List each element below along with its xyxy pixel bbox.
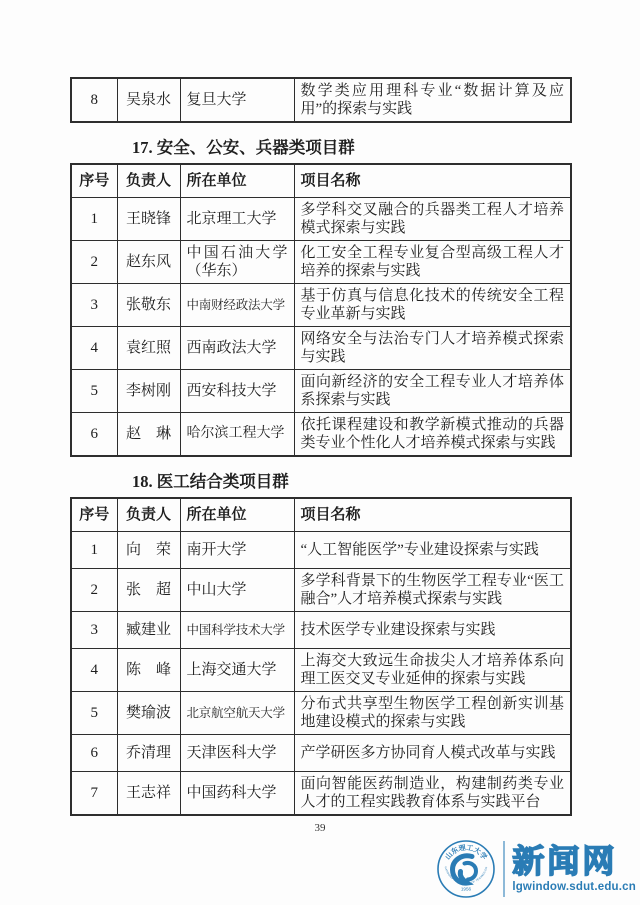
document-content: 8吴泉水复旦大学数学类应用理科专业“数据计算及应用”的探索与实践 17. 安全、… [70,77,570,816]
cell-project: 数学类应用理科专业“数据计算及应用”的探索与实践 [294,78,571,122]
cell-unit: 北京理工大学 [180,198,294,241]
cell-person: 赵 琳 [117,413,180,457]
cell-person: 陈 峰 [117,649,180,692]
page-number: 39 [0,822,640,834]
news-site-watermark: 山东理工大学 SHANDONG UNIVERSITY OF TECHNOLOGY… [436,839,636,899]
table-row: 1向 荣南开大学“人工智能医学”专业建设探索与实践 [71,532,571,569]
cell-project: “人工智能医学”专业建设探索与实践 [294,532,571,569]
cell-project: 化工安全工程专业复合型高级工程人才培养的探索与实践 [294,241,571,284]
cell-unit: 复旦大学 [180,78,294,122]
column-header-no: 序号 [71,164,117,198]
column-header-person: 负责人 [117,498,180,532]
cell-no: 8 [71,78,117,122]
watermark-divider [503,841,505,897]
cell-person: 吴泉水 [117,78,180,122]
cell-person: 臧建业 [117,612,180,649]
section-18-table: 序号负责人所在单位项目名称 1向 荣南开大学“人工智能医学”专业建设探索与实践2… [70,497,572,816]
table-row: 7王志祥中国药科大学面向智能医药制造业，构建制药类专业人才的工程实践教育体系与实… [71,772,571,816]
table-row: 1王晓锋北京理工大学多学科交叉融合的兵器类工程人才培养模式探索与实践 [71,198,571,241]
column-header-person: 负责人 [117,164,180,198]
cell-person: 袁红照 [117,327,180,370]
cell-unit: 中山大学 [180,569,294,612]
table-row: 8吴泉水复旦大学数学类应用理科专业“数据计算及应用”的探索与实践 [71,78,571,122]
news-site-name: 新闻网 [512,845,617,879]
table-row: 6乔清理天津医科大学产学研医多方协同育人模式改革与实践 [71,735,571,772]
watermark-text: 新闻网 lgwindow.sdut.edu.cn [512,845,636,893]
cell-no: 2 [71,241,117,284]
column-header-no: 序号 [71,498,117,532]
cell-no: 4 [71,327,117,370]
continued-table: 8吴泉水复旦大学数学类应用理科专业“数据计算及应用”的探索与实践 [70,77,572,123]
cell-unit: 哈尔滨工程大学 [180,413,294,457]
column-header-unit: 所在单位 [180,164,294,198]
cell-person: 乔清理 [117,735,180,772]
table-row: 5樊瑜波北京航空航天大学分布式共享型生物医学工程创新实训基地建设模式的探索与实践 [71,692,571,735]
document-page: 8吴泉水复旦大学数学类应用理科专业“数据计算及应用”的探索与实践 17. 安全、… [0,0,640,905]
cell-project: 网络安全与法治专门人才培养模式探索与实践 [294,327,571,370]
cell-unit: 中国石油大学（华东） [180,241,294,284]
university-seal-icon: 山东理工大学 SHANDONG UNIVERSITY OF TECHNOLOGY… [436,839,496,899]
table-row: 2赵东风中国石油大学（华东）化工安全工程专业复合型高级工程人才培养的探索与实践 [71,241,571,284]
cell-unit: 中国药科大学 [180,772,294,816]
table-header-row: 序号负责人所在单位项目名称 [71,498,571,532]
section-18-heading: 18. 医工结合类项目群 [132,468,570,492]
cell-person: 张 超 [117,569,180,612]
cell-unit: 天津医科大学 [180,735,294,772]
table-row: 4陈 峰上海交通大学上海交大致远生命拔尖人才培养体系向理工医交叉专业延伸的探索与… [71,649,571,692]
cell-project: 基于仿真与信息化技术的传统安全工程专业革新与实践 [294,284,571,327]
cell-no: 6 [71,735,117,772]
table-row: 4袁红照西南政法大学网络安全与法治专门人才培养模式探索与实践 [71,327,571,370]
cell-person: 赵东风 [117,241,180,284]
section-17-table: 序号负责人所在单位项目名称 1王晓锋北京理工大学多学科交叉融合的兵器类工程人才培… [70,163,572,457]
cell-no: 3 [71,284,117,327]
cell-unit: 上海交通大学 [180,649,294,692]
cell-unit: 中南财经政法大学 [180,284,294,327]
table-row: 5李树刚西安科技大学面向新经济的安全工程专业人才培养体系探索与实践 [71,370,571,413]
cell-person: 向 荣 [117,532,180,569]
cell-project: 技术医学专业建设探索与实践 [294,612,571,649]
cell-project: 面向智能医药制造业，构建制药类专业人才的工程实践教育体系与实践平台 [294,772,571,816]
cell-no: 7 [71,772,117,816]
cell-unit: 西安科技大学 [180,370,294,413]
cell-unit: 南开大学 [180,532,294,569]
cell-no: 6 [71,413,117,457]
cell-person: 王志祥 [117,772,180,816]
cell-no: 5 [71,370,117,413]
cell-no: 2 [71,569,117,612]
cell-no: 3 [71,612,117,649]
cell-unit: 中国科学技术大学 [180,612,294,649]
table-row: 3张敬东中南财经政法大学基于仿真与信息化技术的传统安全工程专业革新与实践 [71,284,571,327]
column-header-project: 项目名称 [294,164,571,198]
cell-project: 上海交大致远生命拔尖人才培养体系向理工医交叉专业延伸的探索与实践 [294,649,571,692]
cell-project: 面向新经济的安全工程专业人才培养体系探索与实践 [294,370,571,413]
cell-project: 依托课程建设和教学新模式推动的兵器类专业个性化人才培养模式探索与实践 [294,413,571,457]
table-row: 6赵 琳哈尔滨工程大学依托课程建设和教学新模式推动的兵器类专业个性化人才培养模式… [71,413,571,457]
cell-person: 张敬东 [117,284,180,327]
section-17-heading: 17. 安全、公安、兵器类项目群 [132,134,570,158]
news-site-url: lgwindow.sdut.edu.cn [512,881,636,893]
cell-unit: 西南政法大学 [180,327,294,370]
column-header-project: 项目名称 [294,498,571,532]
cell-project: 多学科交叉融合的兵器类工程人才培养模式探索与实践 [294,198,571,241]
cell-project: 多学科背景下的生物医学工程专业“医工融合”人才培养模式探索与实践 [294,569,571,612]
table-row: 3臧建业中国科学技术大学技术医学专业建设探索与实践 [71,612,571,649]
cell-no: 4 [71,649,117,692]
cell-no: 1 [71,198,117,241]
cell-person: 李树刚 [117,370,180,413]
cell-person: 王晓锋 [117,198,180,241]
table-header-row: 序号负责人所在单位项目名称 [71,164,571,198]
svg-text:1956: 1956 [461,887,472,892]
cell-person: 樊瑜波 [117,692,180,735]
cell-no: 5 [71,692,117,735]
cell-unit: 北京航空航天大学 [180,692,294,735]
cell-no: 1 [71,532,117,569]
cell-project: 产学研医多方协同育人模式改革与实践 [294,735,571,772]
cell-project: 分布式共享型生物医学工程创新实训基地建设模式的探索与实践 [294,692,571,735]
column-header-unit: 所在单位 [180,498,294,532]
table-row: 2张 超中山大学多学科背景下的生物医学工程专业“医工融合”人才培养模式探索与实践 [71,569,571,612]
